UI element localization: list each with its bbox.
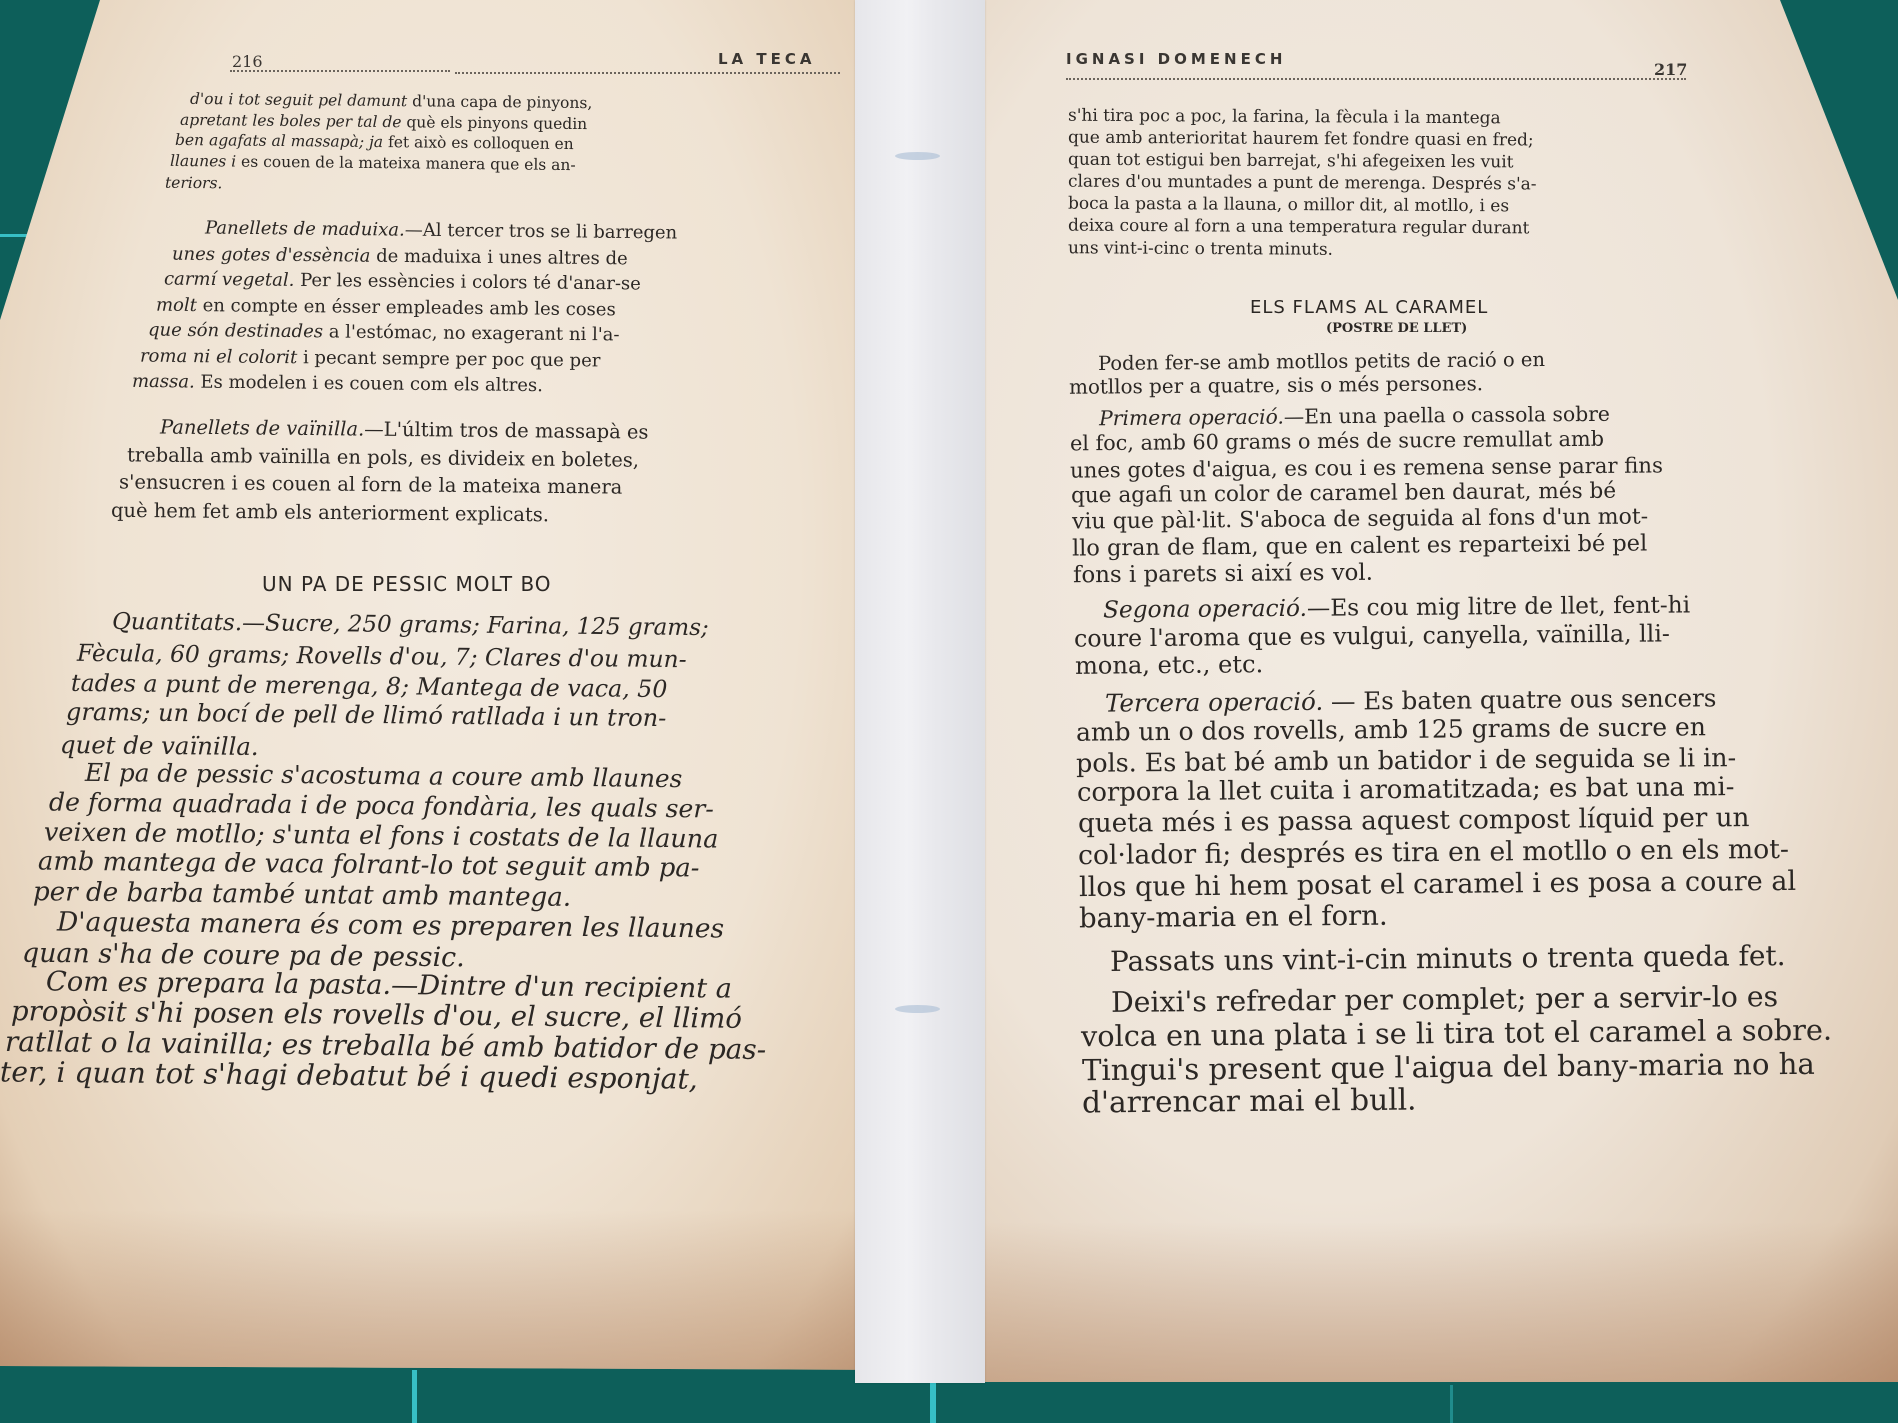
text-run: què els pinyons quedin	[401, 113, 587, 133]
header-rule	[1066, 78, 1686, 80]
header-rule	[230, 70, 450, 72]
text-line: d'ou i tot seguit pel damunt d'una capa …	[190, 90, 592, 112]
italic-run: Segona operació.	[1103, 595, 1307, 624]
italic-run: ter, i quan tot s'hagi debatut bé i qued…	[0, 1055, 697, 1095]
italic-run: massa.	[132, 371, 195, 393]
italic-run: d'ou i tot seguit pel damunt	[190, 90, 407, 110]
italic-run: apretant les boles per tal de	[180, 110, 402, 130]
text-line: llaunes i es couen de la mateixa manera …	[170, 151, 576, 173]
text-run: llo gran de flam, que en calent es repar…	[1072, 531, 1647, 562]
italic-run: quet de vaïnilla.	[60, 730, 259, 761]
text-run: Deixi's refredar per complet; per a serv…	[1110, 980, 1777, 1019]
text-run: fons i parets si així es vol.	[1073, 559, 1373, 588]
text-run: corpora la llet cuita i aromatitzada; es…	[1077, 772, 1735, 808]
italic-run: grams; un bocí de pell de llimó ratllada…	[65, 698, 666, 732]
text-line: unes gotes d'essència de maduixa i unes …	[172, 243, 628, 269]
italic-run: Tercera operació.	[1105, 686, 1323, 717]
text-run: Poden fer-se amb motllos petits de ració…	[1098, 348, 1545, 375]
italic-run: unes gotes d'essència	[172, 243, 371, 266]
text-run: fet això es colloquen en	[383, 133, 574, 153]
text-run: unes gotes d'aigua, es cou i es remena s…	[1070, 452, 1663, 482]
text-run: que amb anterioritat haurem fet fondre q…	[1068, 128, 1534, 151]
text-run: viu que pàl·lit. S'aboca de seguida al f…	[1071, 504, 1647, 534]
cutting-mat-gridline	[412, 1370, 417, 1423]
text-run: amb un o dos rovells, amb 125 grams de s…	[1076, 712, 1706, 746]
tape-stain	[895, 152, 940, 160]
text-line: col·lador fi; després es tira en el motl…	[1078, 834, 1789, 871]
text-run: quan tot estigui ben barrejat, s'hi afeg…	[1068, 150, 1514, 173]
text-run: a l'estómac, no exagerant ni l'a-	[323, 321, 620, 345]
text-run: en compte en ésser empleades amb les cos…	[197, 295, 616, 320]
text-line: coure l'aroma que es vulgui, canyella, v…	[1074, 620, 1670, 653]
text-run: Passats uns vint-i-cin minuts o trenta q…	[1110, 939, 1786, 978]
text-line: mona, etc., etc.	[1074, 650, 1262, 680]
text-line: grams; un bocí de pell de llimó ratllada…	[65, 698, 666, 732]
text-run: — Es baten quatre ous sencers	[1323, 683, 1716, 715]
text-line: Tingui's present que l'aigua del bany-ma…	[1082, 1047, 1815, 1087]
text-run: —Es cou mig litre de llet, fent-hi	[1307, 592, 1690, 622]
text-run: Per les essències i colors té d'anar-se	[294, 270, 641, 295]
text-line: ben agafats al massapà; ja fet això es c…	[175, 131, 574, 153]
text-line: boca la pasta a la llauna, o millor dit,…	[1068, 194, 1509, 217]
text-line: què hem fet amb els anteriorment explica…	[111, 498, 549, 526]
text-run: queta més i es passa aquest compost líqu…	[1077, 803, 1749, 839]
text-line: Panellets de vaïnilla.—L'últim tros de m…	[160, 415, 649, 443]
italic-run: llaunes i	[170, 151, 236, 170]
text-run: d'arrencar mai el bull.	[1082, 1083, 1417, 1120]
text-run: de maduixa i unes altres de	[370, 245, 628, 269]
italic-run: roma ni el colorit	[140, 345, 297, 368]
text-run: i pecant sempre per poc que per	[297, 347, 600, 371]
text-line: clares d'ou muntades a punt de merenga. …	[1068, 172, 1537, 195]
text-line: bany-maria en el forn.	[1079, 900, 1388, 935]
text-line: Panellets de maduixa.—Al tercer tros se …	[205, 218, 677, 244]
text-run: que agafi un color de caramel ben daurat…	[1071, 478, 1616, 508]
text-line: molt en compte en ésser empleades amb le…	[156, 294, 616, 320]
italic-run: Panellets de vaïnilla.—	[160, 415, 384, 440]
text-line: fons i parets si així es vol.	[1073, 559, 1373, 588]
cutting-mat-gridline	[930, 1383, 936, 1423]
text-line: treballa amb vaïnilla en pols, es divide…	[127, 443, 639, 471]
text-run: bany-maria en el forn.	[1079, 900, 1388, 935]
text-run: treballa amb vaïnilla en pols, es divide…	[127, 443, 639, 471]
text-run: llos que hi hem posat el caramel i es po…	[1079, 866, 1796, 903]
italic-run: Primera operació.	[1099, 405, 1284, 431]
text-line: que amb anterioritat haurem fet fondre q…	[1068, 128, 1534, 151]
text-line: viu que pàl·lit. S'aboca de seguida al f…	[1071, 504, 1647, 534]
text-line: d'arrencar mai el bull.	[1082, 1083, 1417, 1120]
text-run: d'una capa de pinyons,	[407, 92, 592, 112]
text-run: Al tercer tros se li barregen	[423, 220, 678, 244]
text-line: ter, i quan tot s'hagi debatut bé i qued…	[0, 1055, 697, 1095]
italic-run: Quantitats.—Sucre, 250 grams; Farina, 12…	[112, 609, 709, 641]
text-run: coure l'aroma que es vulgui, canyella, v…	[1074, 620, 1670, 653]
text-run: s'ensucren i es couen al forn de la mate…	[119, 470, 623, 498]
text-line: roma ni el colorit i pecant sempre per p…	[140, 345, 601, 371]
tape-stain	[895, 1005, 940, 1013]
text-line: deixa coure al forn a una temperatura re…	[1068, 216, 1530, 239]
text-line: apretant les boles per tal de què els pi…	[180, 110, 587, 132]
text-line: Quantitats.—Sucre, 250 grams; Farina, 12…	[112, 609, 709, 641]
text-line: s'ensucren i es couen al forn de la mate…	[119, 470, 623, 498]
text-run: motllos per a quatre, sis o més persones…	[1069, 372, 1483, 399]
text-run: L'últim tros de massapà es	[384, 418, 649, 444]
cutting-mat-gridline	[1450, 1385, 1453, 1423]
left-page: 216 LA TECA d'ou i tot seguit pel damunt…	[0, 0, 900, 1370]
text-line: Passats uns vint-i-cin minuts o trenta q…	[1110, 939, 1786, 978]
text-run: es couen de la mateixa manera que els an…	[236, 152, 576, 174]
text-line: motllos per a quatre, sis o més persones…	[1069, 372, 1483, 399]
text-run: mona, etc., etc.	[1074, 650, 1262, 680]
page-number: 216	[232, 52, 263, 71]
italic-run: tades a punt de merenga, 8; Mantega de v…	[71, 668, 668, 702]
tape-strip	[855, 0, 985, 1383]
text-run: col·lador fi; després es tira en el motl…	[1078, 834, 1789, 871]
text-line: Segona operació.—Es cou mig litre de lle…	[1103, 592, 1690, 624]
header-rule	[455, 72, 840, 74]
text-line: carmí vegetal. Per les essències i color…	[164, 269, 641, 295]
text-line: tades a punt de merenga, 8; Mantega de v…	[71, 668, 668, 702]
text-run: deixa coure al forn a una temperatura re…	[1068, 216, 1530, 239]
text-run: uns vint-i-cinc o trenta minuts.	[1068, 238, 1333, 260]
text-run: el foc, amb 60 grams o més de sucre remu…	[1070, 427, 1604, 456]
text-line: massa. Es modelen i es couen com els alt…	[132, 371, 543, 396]
running-head: IGNASI DOMENECH	[1066, 50, 1286, 68]
italic-run: Fècula, 60 grams; Rovells d'ou, 7; Clare…	[76, 639, 686, 673]
italic-run: Panellets de maduixa.—	[205, 218, 423, 241]
text-line: teriors.	[165, 174, 223, 193]
text-line: Fècula, 60 grams; Rovells d'ou, 7; Clare…	[76, 639, 686, 673]
text-line: uns vint-i-cinc o trenta minuts.	[1068, 238, 1333, 260]
text-run: Es modelen i es couen com els altres.	[195, 372, 543, 397]
text-run: què hem fet amb els anteriorment explica…	[111, 498, 549, 526]
text-line: unes gotes d'aigua, es cou i es remena s…	[1070, 452, 1663, 482]
page-number: 217	[1654, 60, 1687, 79]
italic-run: que són destinades	[148, 320, 323, 343]
text-line: Deixi's refredar per complet; per a serv…	[1110, 980, 1777, 1019]
text-run: boca la pasta a la llauna, o millor dit,…	[1068, 194, 1509, 217]
section-title: ELS FLAMS AL CARAMEL	[1250, 297, 1488, 318]
italic-run: teriors.	[165, 174, 223, 193]
text-line: quan tot estigui ben barrejat, s'hi afeg…	[1068, 150, 1514, 173]
text-run: s'hi tira poc a poc, la farina, la fècul…	[1068, 106, 1501, 129]
text-run: —En una paella o cassola sobre	[1284, 402, 1610, 429]
section-subtitle: (POSTRE DE LLET)	[1326, 321, 1467, 336]
text-line: s'hi tira poc a poc, la farina, la fècul…	[1068, 106, 1501, 129]
text-line: que agafi un color de caramel ben daurat…	[1071, 478, 1616, 508]
text-line: quet de vaïnilla.	[60, 730, 259, 761]
italic-run: carmí vegetal.	[164, 269, 295, 291]
text-line: corpora la llet cuita i aromatitzada; es…	[1077, 772, 1735, 808]
italic-run: ben agafats al massapà; ja	[175, 131, 383, 151]
right-page: IGNASI DOMENECH 217 s'hi tira poc a poc,…	[960, 0, 1898, 1382]
running-head: LA TECA	[718, 50, 816, 68]
text-line: queta més i es passa aquest compost líqu…	[1077, 803, 1749, 839]
text-line: amb un o dos rovells, amb 125 grams de s…	[1076, 712, 1706, 746]
text-line: el foc, amb 60 grams o més de sucre remu…	[1070, 427, 1604, 456]
text-run: Tingui's present que l'aigua del bany-ma…	[1082, 1047, 1815, 1087]
italic-run: molt	[156, 294, 197, 315]
text-line: llo gran de flam, que en calent es repar…	[1072, 531, 1647, 562]
text-line: Poden fer-se amb motllos petits de ració…	[1098, 348, 1545, 375]
text-line: llos que hi hem posat el caramel i es po…	[1079, 866, 1796, 903]
section-title: UN PA DE PESSIC MOLT BO	[262, 572, 552, 596]
text-line: que són destinades a l'estómac, no exage…	[148, 320, 620, 346]
text-run: clares d'ou muntades a punt de merenga. …	[1068, 172, 1537, 195]
